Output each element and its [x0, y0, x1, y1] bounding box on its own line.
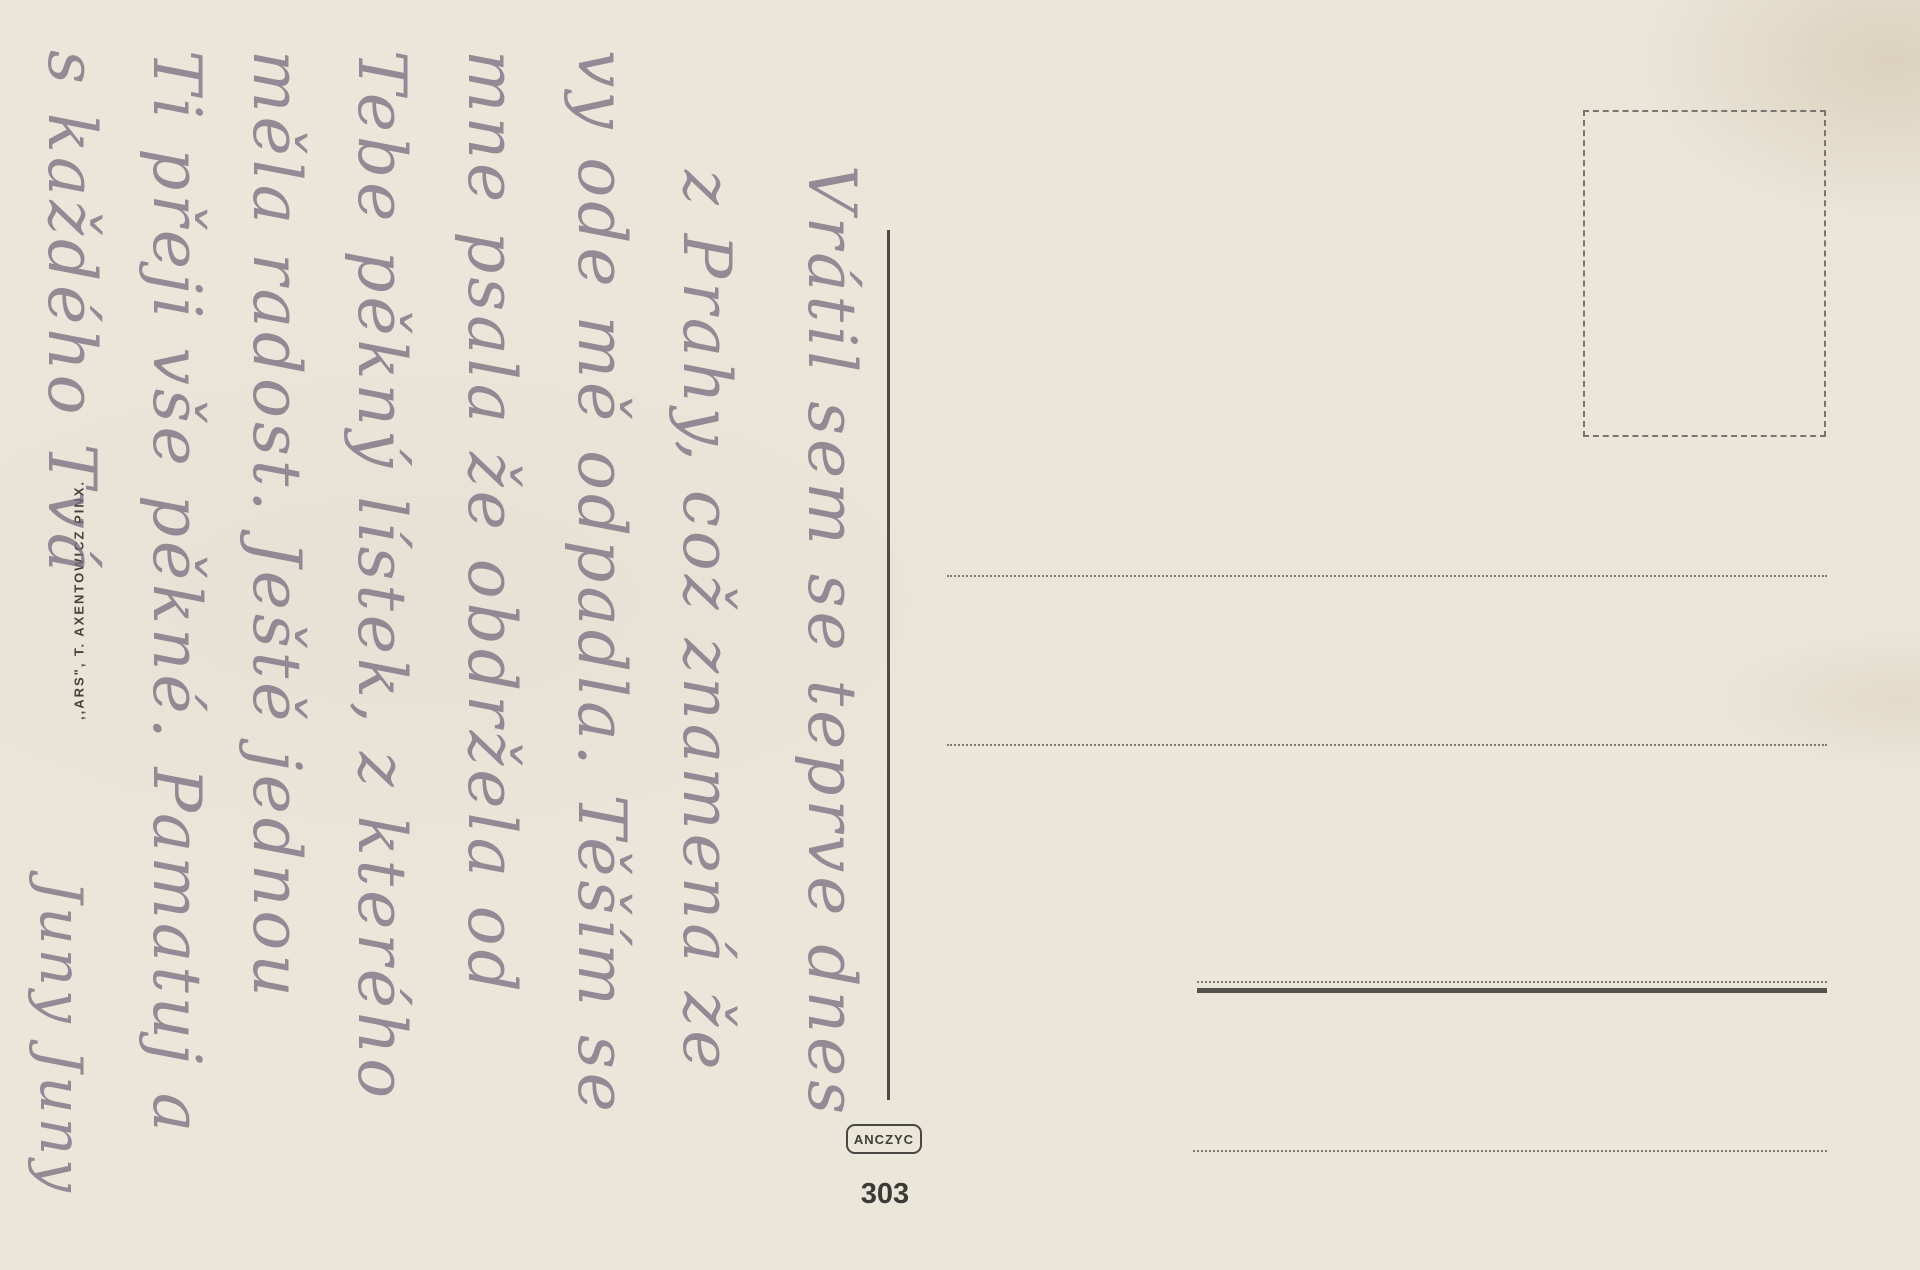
message-line: Tebe pěkný lístek, z kterého: [343, 50, 420, 1102]
postcard-back: ,,ARS", T. AXENTOWICZ PINX. Vrátil sem s…: [0, 0, 1920, 1270]
message-line: měla radost. Ještě jednou: [238, 50, 315, 1001]
message-line: Ti přeji vše pěkné. Pamatuj a: [138, 50, 215, 1136]
message-line: mne psala že obdržela od: [453, 50, 530, 996]
publisher-mark: ANCZYC: [846, 1124, 922, 1154]
stamp-box: [1583, 110, 1826, 437]
message-line: vy ode mě odpadla. Těším se: [563, 50, 640, 1116]
signature: Juny Juny: [27, 880, 95, 1196]
address-line-1: [947, 575, 1827, 577]
address-line-4: [1193, 1150, 1827, 1152]
center-divider-line: [887, 230, 890, 1100]
message-line: s každého Tvá: [33, 50, 110, 576]
card-number: 303: [850, 1178, 920, 1211]
address-line-3: [1197, 981, 1827, 983]
message-line: z Prahy, což znamená že: [668, 170, 745, 1073]
address-underline-solid: [1197, 988, 1827, 993]
address-line-2: [947, 744, 1827, 746]
message-line: Vrátil sem se teprve dnes: [793, 165, 870, 1118]
